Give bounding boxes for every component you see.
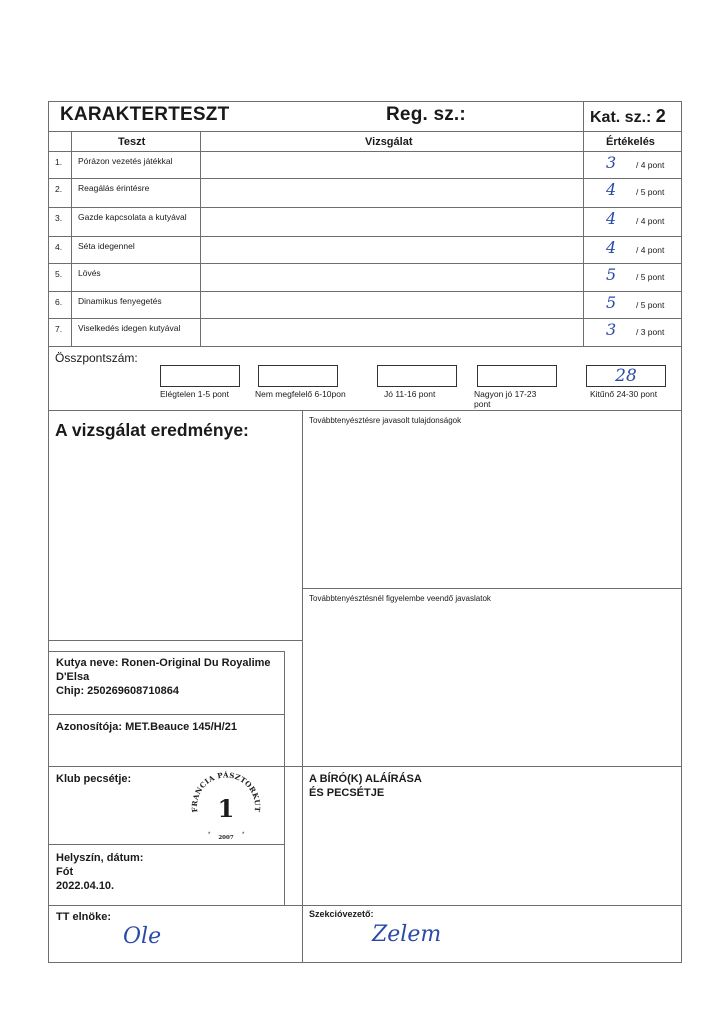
- traits-divider: [302, 588, 681, 589]
- row-score: 3: [606, 153, 616, 172]
- place-divider: [48, 905, 682, 906]
- row-score: 4: [606, 238, 616, 257]
- category-number-value: 2: [656, 106, 666, 126]
- total-label: Összpontszám:: [55, 351, 138, 365]
- mid-divider: [302, 410, 303, 962]
- col-header-teszt: Teszt: [118, 136, 145, 148]
- dog-block-top: [48, 651, 285, 652]
- table-bottom-line: [48, 346, 681, 347]
- frame-right: [681, 101, 682, 962]
- category-number: Kat. sz.: 2: [590, 106, 666, 127]
- row-number: 7.: [55, 324, 62, 334]
- row-max-points: / 4 pont: [636, 160, 664, 170]
- score-category-label: Nagyon jó 17-23 pont: [474, 389, 554, 409]
- row-max-points: / 3 pont: [636, 327, 664, 337]
- club-stamp-icon: FRANCIA PÁSZTORKUTYA KLUB 1 * * 2007: [186, 768, 266, 848]
- row-score: 4: [606, 209, 616, 228]
- col-line-test: [200, 131, 201, 346]
- row-score: 3: [606, 320, 616, 339]
- club-stamp: FRANCIA PÁSZTORKUTYA KLUB 1 * * 2007: [186, 768, 266, 848]
- header-divider: [583, 101, 584, 346]
- row-max-points: / 5 pont: [636, 300, 664, 310]
- row-number: 6.: [55, 297, 62, 307]
- svg-text:*: *: [242, 832, 245, 838]
- header-line: [48, 131, 681, 132]
- svg-text:*: *: [208, 832, 211, 838]
- chair-label: TT elnöke:: [56, 910, 111, 924]
- frame-left: [48, 101, 49, 962]
- row-test-name: Pórázon vezetés játékkal: [78, 156, 196, 167]
- row-divider: [48, 236, 681, 237]
- score-box[interactable]: [377, 365, 457, 387]
- place-city: Fót: [56, 865, 73, 879]
- category-number-label: Kat. sz.:: [590, 109, 651, 126]
- score-box[interactable]: [258, 365, 338, 387]
- row-max-points: / 5 pont: [636, 187, 664, 197]
- row-divider: [48, 207, 681, 208]
- frame-top: [48, 101, 681, 102]
- dog-name: Kutya neve: Ronen-Original Du Royalime D…: [56, 656, 281, 684]
- score-box[interactable]: 28: [586, 365, 666, 387]
- row-number: 1.: [55, 157, 62, 167]
- frame-bottom: [48, 962, 682, 963]
- place-label: Helyszín, dátum:: [56, 851, 143, 865]
- svg-text:2007: 2007: [218, 835, 233, 841]
- row-max-points: / 5 pont: [636, 272, 664, 282]
- club-stamp-label: Klub pecsétje:: [56, 772, 131, 786]
- judge-signature-label-1: A BÍRÓ(K) ALÁÍRÁSA: [309, 772, 422, 786]
- form-title: KARAKTERTESZT: [60, 104, 229, 126]
- section-leader-label: Szekcióvezető:: [309, 909, 374, 919]
- row-test-name: Reagálás érintésre: [78, 183, 196, 194]
- col-header-vizsgalat: Vizsgálat: [365, 136, 413, 148]
- chip-divider: [48, 714, 285, 715]
- row-score: 5: [606, 293, 616, 312]
- row-divider: [48, 318, 681, 319]
- row-number: 5.: [55, 269, 62, 279]
- row-divider: [48, 291, 681, 292]
- row-number: 2.: [55, 184, 62, 194]
- score-box[interactable]: [160, 365, 240, 387]
- row-divider: [48, 263, 681, 264]
- left-inner-right-line: [284, 651, 285, 906]
- row-test-name: Viselkedés idegen kutyával: [78, 323, 196, 334]
- score-category-label: Jó 11-16 pont: [384, 389, 435, 399]
- row-max-points: / 4 pont: [636, 216, 664, 226]
- dog-id: Azonosítója: MET.Beauce 145/H/21: [56, 720, 237, 734]
- row-test-name: Séta idegennel: [78, 241, 196, 252]
- col-header-line: [48, 151, 681, 152]
- recommended-traits-label: Továbbtenyésztésre javasolt tulajdonságo…: [309, 416, 461, 425]
- chair-signature: Ole: [123, 924, 161, 949]
- row-number: 3.: [55, 213, 62, 223]
- score-category-label: Kitűnő 24-30 pont: [590, 389, 657, 399]
- score-box-value: 28: [587, 366, 665, 386]
- section-leader-signature: Zelem: [372, 922, 441, 947]
- result-heading: A vizsgálat eredménye:: [55, 420, 249, 441]
- row-score: 5: [606, 265, 616, 284]
- total-bottom-line: [48, 410, 681, 411]
- judge-signature-label-2: ÉS PECSÉTJE: [309, 786, 384, 800]
- result-bottom-line: [48, 640, 303, 641]
- col-line-num: [71, 131, 72, 346]
- dog-chip: Chip: 250269608710864: [56, 684, 179, 698]
- reg-number-label: Reg. sz.:: [386, 104, 466, 126]
- svg-text:1: 1: [218, 794, 235, 823]
- row-test-name: Dinamikus fenyegetés: [78, 296, 196, 307]
- row-score: 4: [606, 180, 616, 199]
- id-divider: [48, 766, 682, 767]
- row-number: 4.: [55, 242, 62, 252]
- stamp-divider: [48, 844, 285, 845]
- row-divider: [48, 178, 681, 179]
- col-header-ertekeles: Értékelés: [606, 136, 655, 148]
- score-category-label: Elégtelen 1-5 pont: [160, 389, 229, 399]
- row-test-name: Gazde kapcsolata a kutyával: [78, 212, 196, 223]
- score-box[interactable]: [477, 365, 557, 387]
- row-test-name: Lövés: [78, 268, 196, 279]
- row-max-points: / 4 pont: [636, 245, 664, 255]
- place-date: 2022.04.10.: [56, 879, 114, 893]
- score-category-label: Nem megfelelő 6-10pon: [255, 389, 346, 399]
- breeding-suggestions-label: Továbbtenyésztésnél figyelembe veendő ja…: [309, 594, 491, 603]
